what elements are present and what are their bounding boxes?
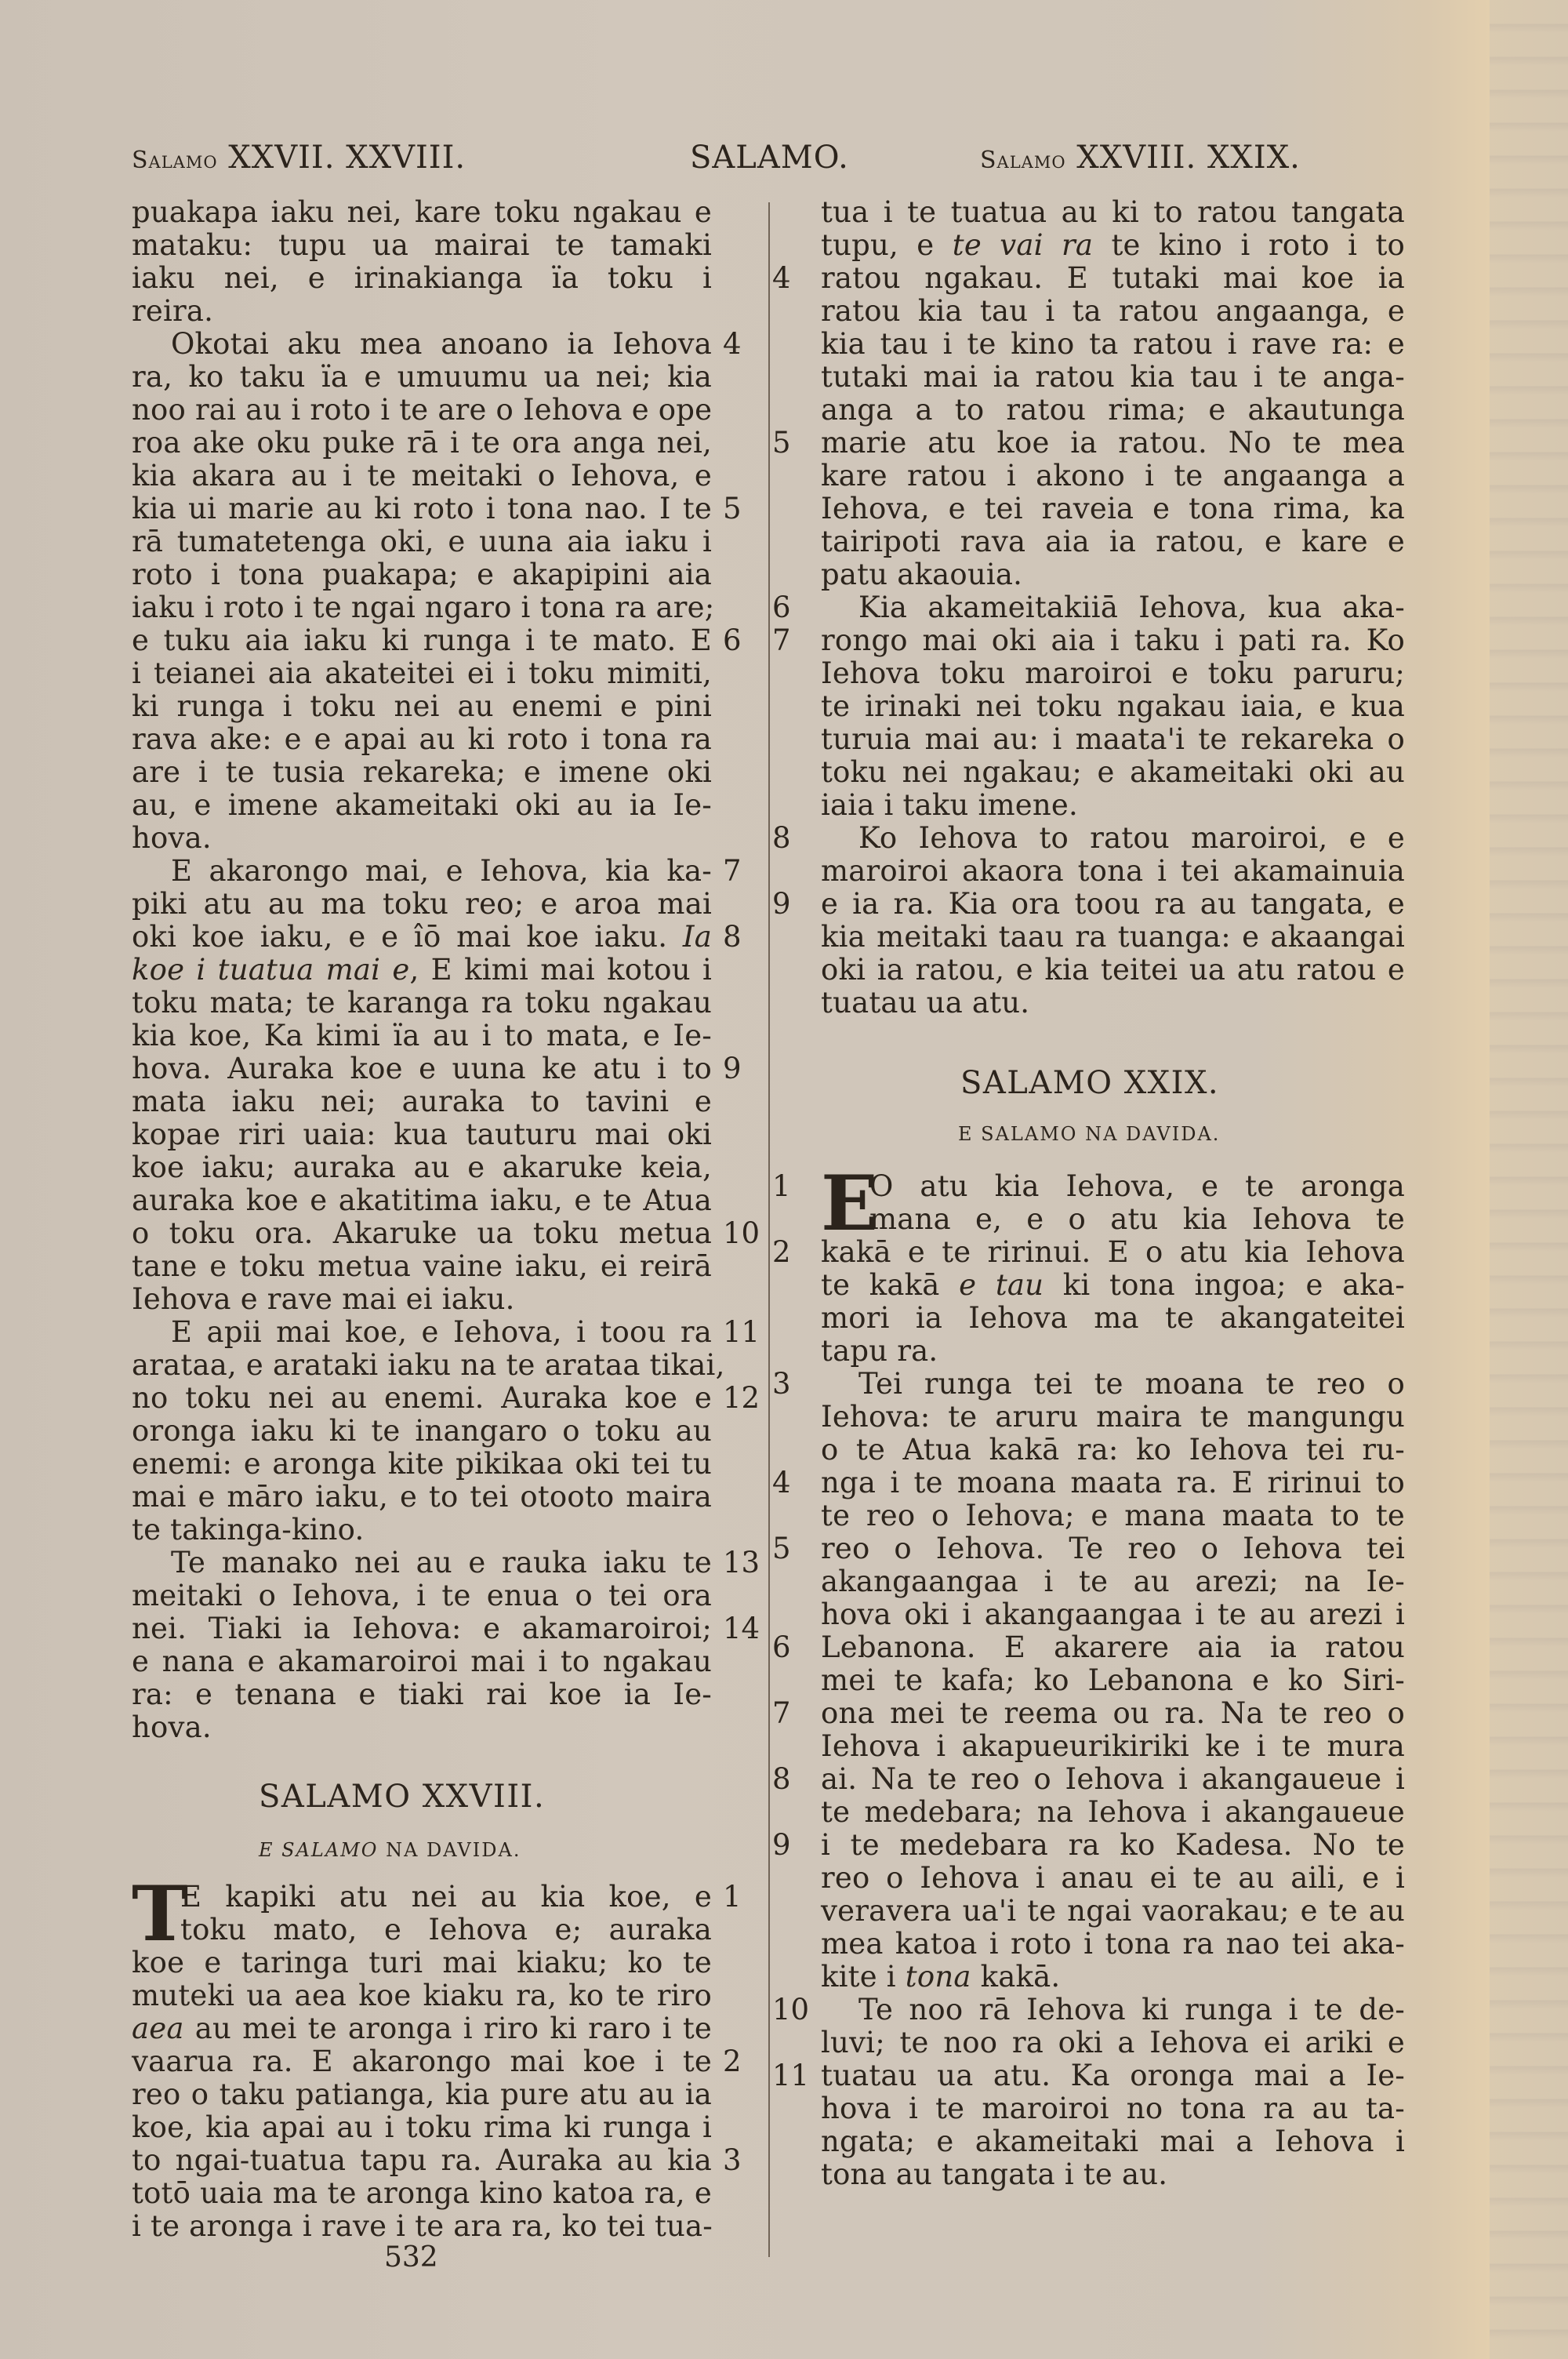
text-line: rongo mai oki aia i taku i pati ra. Ko: [821, 624, 1405, 657]
verse-number: 7: [772, 624, 811, 657]
text-line: tapu ra.: [821, 1335, 1405, 1368]
text-line: tane e toku metua vaine iaku, ei reirā: [132, 1250, 712, 1283]
text-line: reo o Iehova. Te reo o Iehova tei: [821, 1532, 1405, 1565]
verse-number: 8: [772, 1763, 811, 1796]
text-line: iaku i roto i te ngai ngaro i tona ra ar…: [132, 591, 712, 624]
text-line: oki ia ratou, e kia teitei ua atu ratou …: [821, 954, 1405, 987]
text-line: roa ake oku puke rā i te ora anga nei,: [132, 427, 712, 460]
text-line: e ia ra. Kia ora toou ra au tangata, e: [821, 888, 1405, 921]
text-line: reo o Iehova i anau ei te au aili, e i: [821, 1862, 1405, 1895]
text-line: mei te kafa; ko Lebanona e ko Siri-: [821, 1664, 1405, 1697]
psalm-28-title: SALAMO XXVIII.: [259, 1779, 545, 1815]
text-line: tona au tangata i te au.: [821, 2158, 1405, 2191]
text-line: toku mato, e Iehova e; auraka: [180, 1914, 712, 1946]
text-line: e nana e akamaroiroi mai i to ngakau: [132, 1645, 712, 1678]
text-line: ngata; e akameitaki mai a Iehova i: [821, 2125, 1405, 2158]
text-line: mea katoa i roto i tona ra nao tei aka-: [821, 1928, 1405, 1961]
text-line: mata iaku nei; auraka to tavini e: [132, 1085, 712, 1118]
text-line: Iehova, e tei raveia e tona rima, ka: [821, 493, 1405, 525]
verse-number: 10: [723, 1217, 766, 1250]
text-line: kare ratou i akono i te angaanga a: [821, 460, 1405, 493]
text-line: noo rai au i roto i te are o Iehova e op…: [132, 394, 712, 427]
text-line: no toku nei au enemi. Auraka koe e: [132, 1382, 712, 1415]
text-line: Iehova e rave mai ei iaku.: [132, 1283, 712, 1316]
text-line: toku mata; te karanga ra toku ngakau: [132, 987, 712, 1020]
verse-number: 4: [772, 1467, 811, 1499]
text-line: tupu, e te vai ra te kino i roto i to: [821, 229, 1405, 262]
verse-number: 9: [772, 1829, 811, 1862]
text-line: mataku: tupu ua mairai te tamaki: [132, 229, 712, 262]
text-line: ratou ngakau. E tutaki mai koe ia: [821, 262, 1405, 295]
verse-number: 3: [772, 1368, 811, 1401]
text-line: enemi: e aronga kite pikikaa oki tei tu: [132, 1448, 712, 1481]
text-line: te reo o Iehova; e mana maata to te: [821, 1499, 1405, 1532]
text-line: are i te tusia rekareka; e imene oki: [132, 756, 712, 789]
verse-number: 2: [772, 1236, 811, 1269]
text-line: E kapiki atu nei au kia koe, e: [180, 1881, 712, 1914]
text-line: hova i te maroiroi no tona ra au ta-: [821, 2092, 1405, 2125]
verse-number: 1: [772, 1170, 811, 1203]
text-line: kia akara au i te meitaki o Iehova, e: [132, 460, 712, 493]
verse-number: 7: [723, 855, 766, 888]
text-line: toku nei ngakau; e akameitaki oki au: [821, 756, 1405, 789]
verse-number: 10: [772, 1994, 811, 2026]
text-line: ona mei te reema ou ra. Na te reo o: [821, 1697, 1405, 1730]
text-line: koe e taringa turi mai kiaku; ko te: [132, 1946, 712, 1979]
text-line: O atu kia Iehova, e te aronga: [869, 1170, 1405, 1203]
text-line: Ko Iehova to ratou maroiroi, e e: [858, 822, 1405, 855]
text-line: koe iaku; auraka au e akaruke keia,: [132, 1151, 712, 1184]
text-line: i te medebara ra ko Kadesa. No te: [821, 1829, 1405, 1862]
page-number: 532: [384, 2241, 438, 2274]
text-line: Iehova i akapueurikiriki ke i te mura: [821, 1730, 1405, 1763]
text-line: i te aronga i rave i te ara ra, ko tei t…: [132, 2210, 712, 2243]
text-line: ra, ko taku ïa e umuumu ua nei; kia: [132, 361, 712, 394]
verse-number: 4: [772, 262, 811, 295]
text-line: E akarongo mai, e Iehova, kia ka-: [171, 855, 712, 888]
header-right-numerals: XXVIII. XXIX.: [1076, 140, 1301, 176]
text-line: hova. Auraka koe e uuna ke atu i to: [132, 1052, 712, 1085]
text-line: tutaki mai ia ratou kia tau i te anga-: [821, 361, 1405, 394]
text-line: iaku nei, e irinakianga ïa toku i: [132, 262, 712, 295]
psalm-28-subtitle: E SALAMO NA DAVIDA.: [259, 1839, 521, 1861]
text-line: kia tau i te kino ta ratou i rave ra: e: [821, 328, 1405, 361]
text-line: kopae riri uaia: kua tauturu mai oki: [132, 1118, 712, 1151]
text-line: kia meitaki taau ra tuanga: e akaangai: [821, 921, 1405, 954]
text-line: tuatau ua atu. Ka oronga mai a Ie-: [821, 2059, 1405, 2092]
verse-number: 9: [723, 1052, 766, 1085]
verse-number: 4: [723, 328, 766, 361]
text-line: tairipoti rava aia ia ratou, e kare e: [821, 525, 1405, 558]
text-line: Lebanona. E akarere aia ia ratou: [821, 1631, 1405, 1664]
text-line: koe, kia apai au i toku rima ki runga i: [132, 2111, 712, 2144]
book-page: Salamo XXVII. XXVIII. SALAMO. Salamo XXV…: [0, 0, 1568, 2359]
text-line: muteki ua aea koe kiaku ra, ko te riro: [132, 1979, 712, 2012]
text-line: kite i tona kakā.: [821, 1961, 1405, 1994]
verse-number: 12: [723, 1382, 766, 1415]
text-line: puakapa iaku nei, kare toku ngakau e: [132, 196, 712, 229]
verse-number: 6: [723, 624, 766, 657]
verse-number: 11: [723, 1316, 766, 1349]
text-line: kia ui marie au ki roto i tona nao. I te: [132, 493, 712, 525]
verse-number: 11: [772, 2059, 811, 2092]
text-line: hova.: [132, 822, 712, 855]
text-line: akangaangaa i te au arezi; na Ie-: [821, 1565, 1405, 1598]
text-line: hova oki i akangaangaa i te au arezi i: [821, 1598, 1405, 1631]
header-left-numerals: XXVII. XXVIII.: [228, 140, 466, 176]
text-line: reo o taku patianga, kia pure atu au ia: [132, 2078, 712, 2111]
text-line: e tuku aia iaku ki runga i te mato. E: [132, 624, 712, 657]
text-line: Okotai aku mea anoano ia Iehova: [171, 328, 712, 361]
text-line: arataa, e arataki iaku na te arataa tika…: [132, 1349, 712, 1382]
text-line: roto i tona puakapa; e akapipini aia: [132, 558, 712, 591]
text-line: au, e imene akameitaki oki au ia Ie-: [132, 789, 712, 822]
psalm-28-dropcap: T: [132, 1879, 187, 1950]
running-header-left: Salamo XXVII. XXVIII.: [132, 140, 466, 176]
column-divider: [768, 202, 770, 2257]
verse-number: 13: [723, 1547, 766, 1579]
verse-number: 3: [723, 2144, 766, 2177]
text-line: te takinga-kino.: [132, 1514, 712, 1547]
text-line: Te noo rā Iehova ki runga i te de-: [858, 1994, 1405, 2026]
verse-number: 5: [772, 1532, 811, 1565]
text-line: totō uaia ma te aronga kino katoa ra, e: [132, 2177, 712, 2210]
text-line: tuatau ua atu.: [821, 987, 1405, 1020]
running-header-center: SALAMO.: [690, 140, 849, 176]
text-line: patu akaouia.: [821, 558, 1405, 591]
text-line: veravera ua'i te ngai vaorakau; e te au: [821, 1895, 1405, 1928]
text-line: mai e māro iaku, e to tei otooto maira: [132, 1481, 712, 1514]
verse-number: 14: [723, 1612, 766, 1645]
text-line: Tei runga tei te moana te reo o: [858, 1368, 1405, 1401]
text-line: reira.: [132, 295, 712, 328]
text-line: luvi; te noo ra oki a Iehova ei ariki e: [821, 2026, 1405, 2059]
text-line: anga a to ratou rima; e akautunga: [821, 394, 1405, 427]
text-line: nga i te moana maata ra. E ririnui to: [821, 1467, 1405, 1499]
verse-number: 9: [772, 888, 811, 921]
text-line: te kakā e tau ki tona ingoa; e aka-: [821, 1269, 1405, 1302]
text-line: koe i tuatua mai e, E kimi mai kotou i: [132, 954, 712, 987]
text-line: mana e, e o atu kia Iehova te: [869, 1203, 1405, 1236]
text-line: iaia i taku imene.: [821, 789, 1405, 822]
text-line: Te manako nei au e rauka iaku te: [171, 1547, 712, 1579]
verse-number: 5: [772, 427, 811, 460]
text-line: piki atu au ma toku reo; e aroa mai: [132, 888, 712, 921]
text-line: oki koe iaku, e e îō mai koe iaku. Ia: [132, 921, 712, 954]
text-line: maroiroi akaora tona i tei akamainuia: [821, 855, 1405, 888]
text-line: kia koe, Ka kimi ïa au i to mata, e Ie-: [132, 1020, 712, 1052]
verse-number: 6: [772, 1631, 811, 1664]
psalm-28-subtitle-rest: NA DAVIDA.: [386, 1839, 521, 1861]
text-line: Iehova: te aruru maira te mangungu: [821, 1401, 1405, 1434]
text-line: o toku ora. Akaruke ua toku metua: [132, 1217, 712, 1250]
text-line: turuia mai au: i maata'i te rekareka o: [821, 723, 1405, 756]
text-line: kakā e te ririnui. E o atu kia Iehova: [821, 1236, 1405, 1269]
text-line: to ngai-tuatua tapu ra. Auraka au kia: [132, 2144, 712, 2177]
header-right-prefix: Salamo: [980, 147, 1066, 174]
text-line: oronga iaku ki te inangaro o toku au: [132, 1415, 712, 1448]
verse-number: 5: [723, 493, 766, 525]
text-line: marie atu koe ia ratou. No te mea: [821, 427, 1405, 460]
text-line: aea au mei te aronga i riro ki raro i te: [132, 2012, 712, 2045]
text-line: ai. Na te reo o Iehova i akangaueue i: [821, 1763, 1405, 1796]
text-line: i teianei aia akateitei ei i toku mimiti…: [132, 657, 712, 690]
text-line: te medebara; na Iehova i akangaueue: [821, 1796, 1405, 1829]
text-line: ratou kia tau i ta ratou angaanga, e: [821, 295, 1405, 328]
text-line: auraka koe e akatitima iaku, e te Atua: [132, 1184, 712, 1217]
text-line: Iehova toku maroiroi e toku paruru;: [821, 657, 1405, 690]
verse-number: 8: [772, 822, 811, 855]
text-line: tua i te tuatua au ki to ratou tangata: [821, 196, 1405, 229]
text-line: E apii mai koe, e Iehova, i toou ra: [171, 1316, 712, 1349]
psalm-29-subtitle: E SALAMO NA DAVIDA.: [958, 1123, 1220, 1145]
text-line: ki runga i toku nei au enemi e pini: [132, 690, 712, 723]
text-line: Kia akameitakiiā Iehova, kua aka-: [858, 591, 1405, 624]
text-line: ra: e tenana e tiaki rai koe ia Ie-: [132, 1678, 712, 1711]
text-line: mori ia Iehova ma te akangateitei: [821, 1302, 1405, 1335]
verse-number: 6: [772, 591, 811, 624]
text-line: meitaki o Iehova, i te enua o tei ora: [132, 1579, 712, 1612]
text-line: o te Atua kakā ra: ko Iehova tei ru-: [821, 1434, 1405, 1467]
verse-number: 2: [723, 2045, 766, 2078]
next-page-edge: [1490, 0, 1568, 2359]
psalm-28-subtitle-italic: E SALAMO: [259, 1839, 378, 1861]
verse-number: 1: [723, 1881, 766, 1914]
text-line: vaarua ra. E akarongo mai koe i te: [132, 2045, 712, 2078]
header-left-prefix: Salamo: [132, 147, 218, 174]
running-header-right: Salamo XXVIII. XXIX.: [980, 140, 1301, 176]
text-line: rava ake: e e apai au ki roto i tona ra: [132, 723, 712, 756]
verse-number: 7: [772, 1697, 811, 1730]
text-line: nei. Tiaki ia Iehova: e akamaroiroi;: [132, 1612, 712, 1645]
text-line: te irinaki nei toku ngakau iaia, e kua: [821, 690, 1405, 723]
text-line: hova.: [132, 1711, 712, 1744]
psalm-29-title: SALAMO XXIX.: [960, 1065, 1219, 1101]
verse-number: 8: [723, 921, 766, 954]
text-line: rā tumatetenga oki, e uuna aia iaku i: [132, 525, 712, 558]
